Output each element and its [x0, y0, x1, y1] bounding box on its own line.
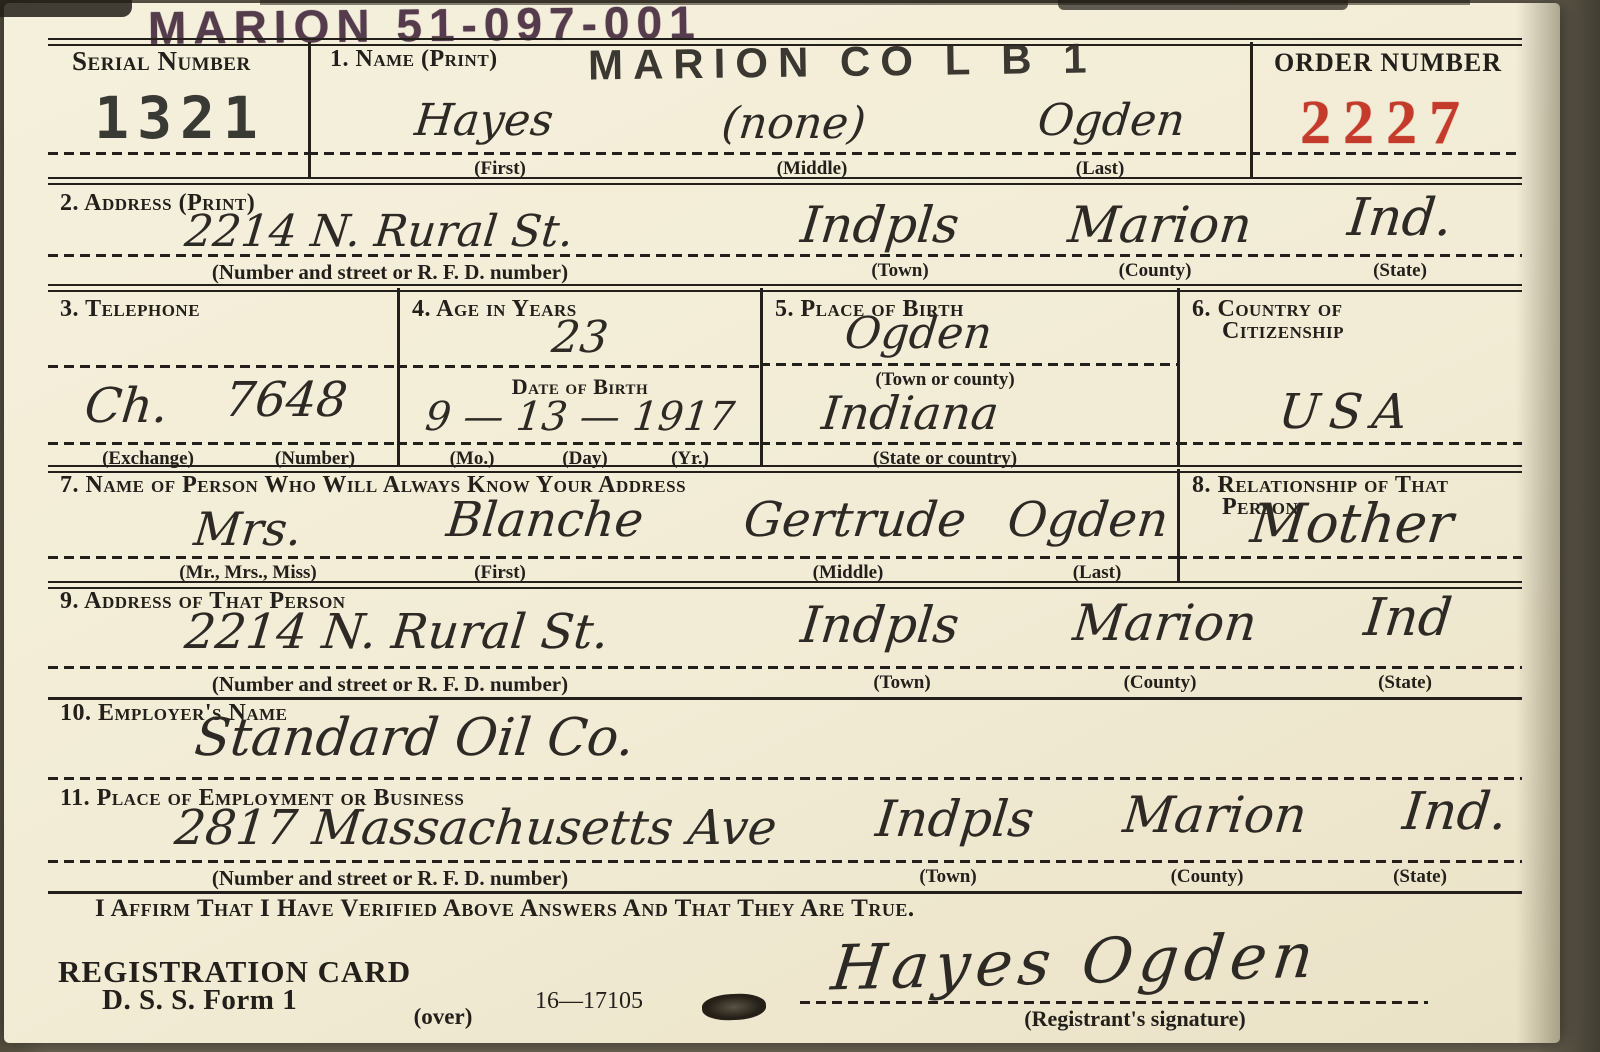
address-state-value: Ind.	[1345, 188, 1455, 248]
contact-first-sublabel: (First)	[474, 562, 526, 584]
contact-address-write-line	[48, 666, 1522, 669]
relationship-write-line	[1177, 556, 1522, 559]
contact-title-value: Mrs.	[191, 502, 304, 556]
contact-first-value: Blanche	[444, 492, 646, 548]
address-town-value: Indpls	[798, 196, 962, 254]
dob-value: 9 — 13 — 1917	[423, 394, 737, 440]
address-county-sublabel: (County)	[1119, 260, 1192, 282]
telephone-section-label: 3. Telephone	[60, 296, 200, 323]
address-town-sublabel: (Town)	[871, 260, 928, 282]
contact-title-sublabel: (Mr., Mrs., Miss)	[179, 562, 317, 584]
registrant-signature: Hayes Ogden	[828, 919, 1323, 1005]
telephone-exchange-sublabel: (Exchange)	[102, 448, 194, 470]
employment-state-value: Ind.	[1400, 782, 1510, 842]
scan-edge-smudge	[1058, 0, 1348, 10]
dob-year-sublabel: (Yr.)	[671, 448, 709, 470]
name-first-value: Hayes	[412, 95, 555, 146]
employment-county-value: Marion	[1120, 786, 1309, 844]
column-divider	[1177, 469, 1180, 581]
telephone-number-sublabel: (Number)	[275, 448, 355, 470]
age-value: 23	[549, 312, 610, 363]
citizenship-write-line	[1177, 442, 1522, 445]
birthplace-town-value: Ogden	[842, 308, 994, 359]
address-street-value: 2214 N. Rural St.	[182, 206, 576, 257]
telephone-write-line	[48, 442, 397, 445]
column-divider	[760, 288, 763, 465]
address-state-sublabel: (State)	[1373, 260, 1427, 282]
contact-address-street-value: 2214 N. Rural St.	[182, 604, 611, 660]
employment-state-sublabel: (State)	[1393, 866, 1447, 888]
scan-edge-smudge	[0, 0, 132, 17]
name-section-label: 1. Name (Print)	[330, 46, 498, 73]
column-divider	[397, 288, 400, 465]
signature-sublabel: (Registrant's signature)	[1024, 1006, 1245, 1032]
name-middle-value: (none)	[719, 98, 868, 149]
contact-last-sublabel: (Last)	[1073, 562, 1122, 584]
contact-address-county-value: Marion	[1070, 594, 1259, 652]
column-divider	[308, 42, 311, 177]
age-section-label: 4. Age in Years	[412, 296, 577, 323]
telephone-exchange-value: Ch.	[82, 378, 171, 434]
contact-address-state-sublabel: (State)	[1378, 672, 1432, 694]
contact-last-value: Ogden	[1005, 492, 1171, 548]
print-code: 16—17105	[535, 988, 643, 1015]
dob-day-sublabel: (Day)	[562, 448, 607, 470]
relationship-value: Mother	[1248, 492, 1457, 555]
affirmation-statement: I Affirm That I Have Verified Above Answ…	[95, 895, 915, 923]
name-last-sublabel: (Last)	[1076, 158, 1125, 180]
employment-write-line	[48, 860, 1522, 863]
dob-write-line	[397, 442, 760, 445]
employer-write-line	[48, 777, 1522, 780]
contact-address-street-sublabel: (Number and street or R. F. D. number)	[212, 672, 568, 697]
scanned-draft-card-page: MARION 51-097-001 Serial Number 1321 1. …	[0, 0, 1600, 1052]
telephone-blank-line	[48, 365, 397, 368]
employment-county-sublabel: (County)	[1171, 866, 1244, 888]
row-divider	[48, 891, 1522, 894]
order-write-line	[1250, 152, 1522, 155]
column-divider	[1250, 42, 1253, 177]
local-board-name-stamp: MARION CO L B 1	[588, 34, 1097, 89]
birthplace-town-line	[760, 363, 1177, 366]
address-street-sublabel: (Number and street or R. F. D. number)	[212, 260, 568, 285]
employment-street-sublabel: (Number and street or R. F. D. number)	[212, 866, 568, 891]
serial-number-value: 1321	[94, 84, 266, 152]
form-number: D. S. S. Form 1	[102, 984, 297, 1017]
contact-address-state-value: Ind	[1361, 588, 1455, 648]
scan-right-shadow	[1516, 3, 1560, 1043]
contact-address-town-value: Indpls	[798, 596, 962, 654]
signature-line	[800, 1001, 1428, 1004]
contact-address-county-sublabel: (County)	[1124, 672, 1197, 694]
serial-write-line	[48, 152, 308, 155]
employment-town-value: Indpls	[873, 790, 1037, 848]
contact-middle-sublabel: (Middle)	[813, 562, 884, 584]
employment-town-sublabel: (Town)	[919, 866, 976, 888]
employer-value: Standard Oil Co.	[192, 708, 637, 768]
name-write-line	[308, 152, 1250, 155]
citizenship-section-label-line2: Citizenship	[1222, 318, 1344, 345]
row-divider	[48, 284, 1522, 292]
employment-street-value: 2817 Massachusetts Ave	[172, 800, 779, 856]
birthplace-state-sublabel: (State or country)	[873, 448, 1017, 470]
citizenship-value: USA	[1276, 384, 1420, 440]
age-write-line	[397, 365, 760, 368]
contact-write-line	[48, 556, 1177, 559]
dob-month-sublabel: (Mo.)	[450, 448, 495, 470]
name-last-value: Ogden	[1035, 95, 1187, 146]
telephone-number-value: 7648	[222, 372, 350, 428]
name-middle-sublabel: (Middle)	[777, 158, 848, 180]
birthplace-state-line	[760, 442, 1177, 445]
order-number-value: 2227	[1300, 88, 1472, 159]
order-number-label: ORDER NUMBER	[1274, 48, 1502, 78]
column-divider	[1177, 288, 1180, 465]
contact-middle-value: Gertrude	[741, 492, 969, 548]
address-write-line	[48, 254, 1522, 257]
birthplace-state-value: Indiana	[819, 386, 1001, 440]
address-county-value: Marion	[1065, 196, 1254, 254]
name-first-sublabel: (First)	[474, 158, 526, 180]
over-label: (over)	[414, 1004, 473, 1030]
contact-address-town-sublabel: (Town)	[873, 672, 930, 694]
serial-number-label: Serial Number	[72, 46, 251, 77]
